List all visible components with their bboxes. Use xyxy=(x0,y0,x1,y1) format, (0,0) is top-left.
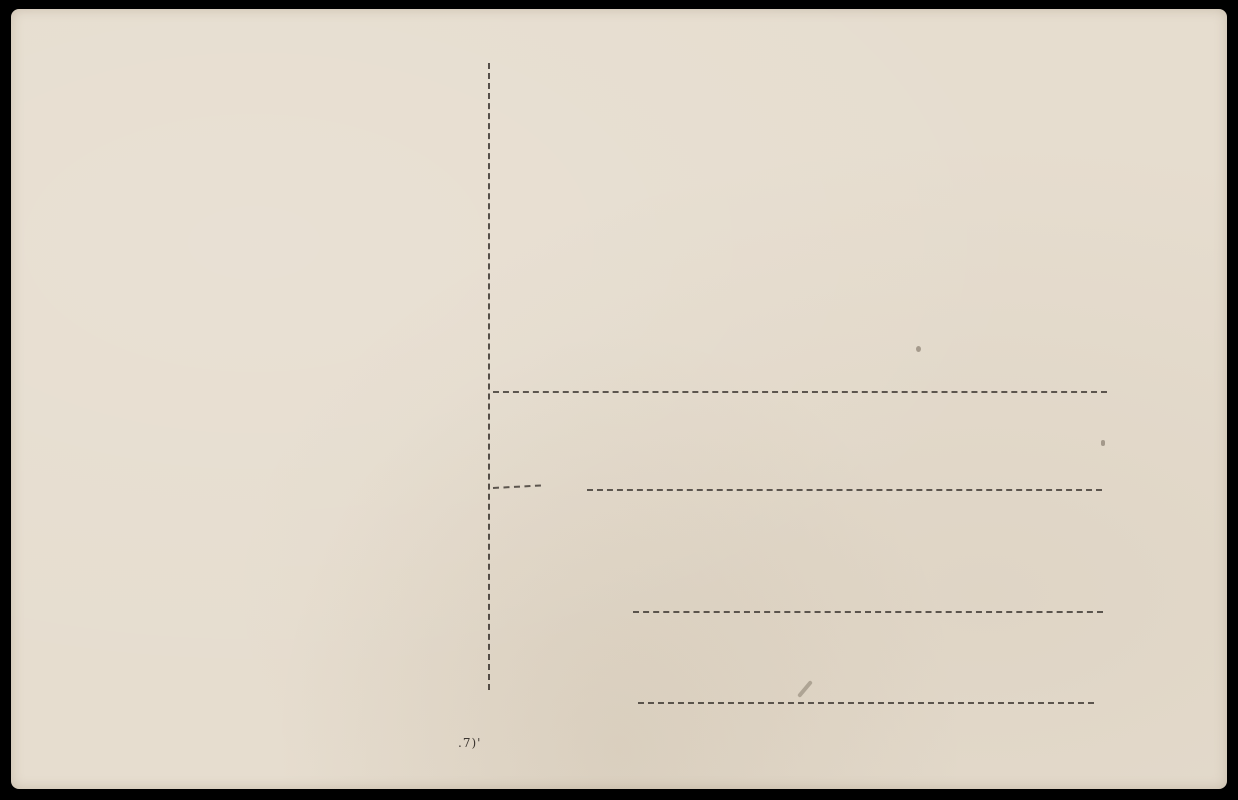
printer-mark: .7)' xyxy=(458,736,481,750)
center-divider-line xyxy=(488,63,490,690)
address-line-4 xyxy=(638,702,1094,704)
address-line-2 xyxy=(587,489,1102,491)
paper-speck xyxy=(916,346,921,352)
address-line-3 xyxy=(633,611,1103,613)
paper-mark xyxy=(797,680,813,698)
address-line-1 xyxy=(493,391,1107,393)
address-line-2-prefix xyxy=(493,484,541,489)
paper-speck xyxy=(1101,440,1105,446)
postcard-back: .7)' xyxy=(11,9,1227,789)
